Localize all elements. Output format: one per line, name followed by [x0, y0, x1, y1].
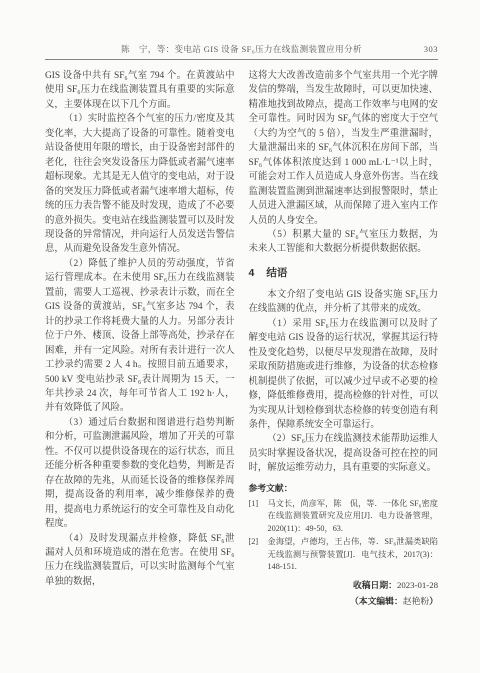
body-paragraph: （1）实时监控各个气室的压力/密度及其变化率，大大提高了设备的可靠性。随着变电站…: [45, 112, 235, 257]
body-paragraph: （5）积累大量的 SF₆气室压力数据，为未来人工智能和大数据分析提供数据依据。: [249, 228, 439, 257]
paper-page: 陈 宁，等：变电站 GIS 设备 SF₆压力在线监测装置应用分析 303 GIS…: [0, 0, 480, 673]
body-paragraph: （4）及时发现漏点并检修，降低 SF₆泄漏对人员和环境造成的潜在危害。在使用 S…: [45, 532, 235, 590]
received-date-value: 2023-01-28: [397, 580, 438, 590]
references-heading: 参考文献：: [249, 483, 439, 494]
reference-item: [1] 马文长，尚彦军，陈 侃，等．一体化 SF₆密度在线监测装置研究及应用[J…: [249, 498, 439, 536]
left-column: GIS 设备中共有 SF₆气室 794 个。在黄渡站中使用 SF₆压力在线监测装…: [45, 69, 235, 607]
body-paragraph: （1）采用 SF₆压力在线监测可以及时了解变电站 GIS 设备的运行状况，掌握其…: [249, 317, 439, 433]
two-column-body: GIS 设备中共有 SF₆气室 794 个。在黄渡站中使用 SF₆压力在线监测装…: [45, 69, 438, 607]
editor-label: （本文编辑：: [350, 596, 403, 606]
running-title: 陈 宁，等：变电站 GIS 设备 SF₆压力在线监测装置应用分析: [121, 44, 362, 54]
page-header: 陈 宁，等：变电站 GIS 设备 SF₆压力在线监测装置应用分析 303: [45, 44, 438, 60]
received-date-label: 收稿日期：: [353, 580, 397, 590]
right-column: 这将大大改善改造前多个气室共用一个光字牌发信的弊端，当发生故障时，可以更加快速、…: [249, 69, 439, 607]
body-paragraph: 这将大大改善改造前多个气室共用一个光字牌发信的弊端，当发生故障时，可以更加快速、…: [249, 69, 439, 228]
received-date: 收稿日期：2023-01-28: [249, 579, 439, 591]
reference-item: [2] 金海望，卢德均，王占伟，等．SF₆泄漏类缺陷无线监测与预警装置[J]．电…: [249, 536, 439, 574]
editor-note: （本文编辑：赵艳粉）: [249, 595, 439, 607]
section-heading: 4结语: [249, 267, 439, 280]
section-title: 结语: [266, 267, 287, 279]
body-paragraph: 本文介绍了变电站 GIS 设备实施 SF₆压力在线监测的优点，并分析了其带来的成…: [249, 288, 439, 317]
body-paragraph: （2）SF₆压力在线监测技术能帮助运维人员实时掌握设备状况，提高设备可控在控的同…: [249, 432, 439, 475]
body-paragraph: （2）降低了维护人员的劳动强度，节省运行管理成本。在未使用 SF₆压力在线监测装…: [45, 257, 235, 416]
body-paragraph: GIS 设备中共有 SF₆气室 794 个。在黄渡站中使用 SF₆压力在线监测装…: [45, 69, 235, 112]
header-divider: [45, 59, 438, 60]
reference-text: 金海望，卢德均，王占伟，等．SF₆泄漏类缺陷无线监测与预警装置[J]．电气技术，…: [268, 536, 439, 574]
editor-suffix: ）: [429, 596, 438, 606]
reference-label: [2]: [249, 536, 264, 574]
editor-name: 赵艳粉: [403, 596, 429, 606]
reference-text: 马文长，尚彦军，陈 侃，等．一体化 SF₆密度在线监测装置研究及应用[J]．电力…: [268, 498, 439, 536]
section-number: 4: [249, 267, 255, 280]
page-number: 303: [424, 44, 438, 54]
body-paragraph: （3）通过后台数据和图谱进行趋势判断和分析，可监测泄漏风险，增加了开关的可靠性。…: [45, 416, 235, 532]
reference-label: [1]: [249, 498, 264, 536]
